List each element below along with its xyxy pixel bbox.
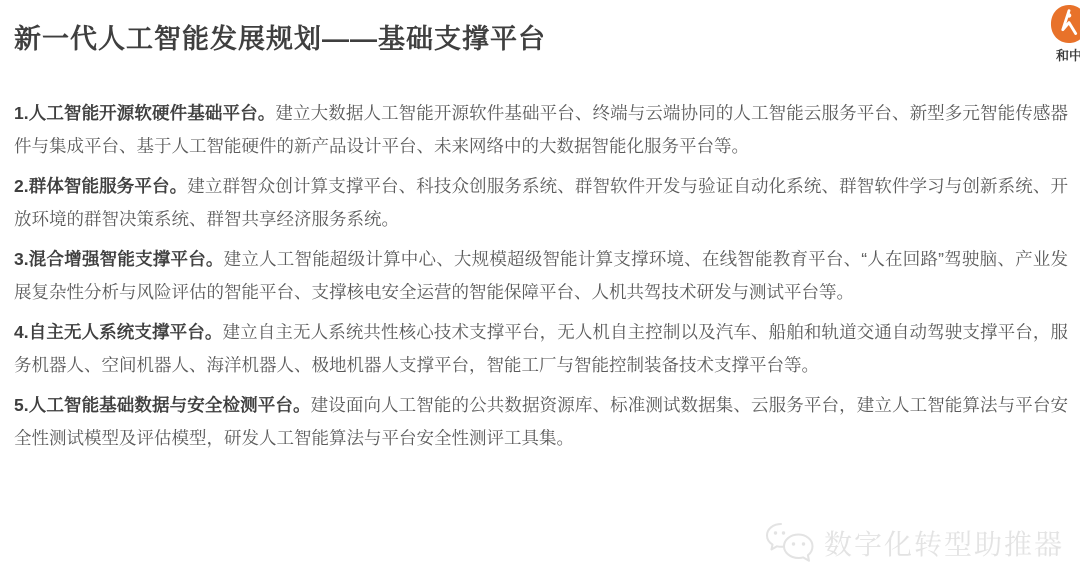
company-logo-icon [1050,4,1080,44]
section-2: 2.群体智能服务平台。建立群智众创计算支撑平台、科技众创服务系统、群智软件开发与… [14,170,1068,235]
section-5: 5.人工智能基础数据与安全检测平台。建设面向人工智能的公共数据资源库、标准测试数… [14,389,1068,454]
section-5-heading: 5.人工智能基础数据与安全检测平台。 [14,395,311,415]
section-1: 1.人工智能开源软硬件基础平台。建立大数据人工智能开源软件基础平台、终端与云端协… [14,97,1068,162]
section-3: 3.混合增强智能支撑平台。建立人工智能超级计算中心、大规模超级智能计算支撑环境、… [14,243,1068,308]
slide-background: 新一代人工智能发展规划——基础支撑平台 和中 1.人工智能开源软硬件基础平台。建… [0,0,1080,585]
page-title: 新一代人工智能发展规划——基础支撑平台 [14,17,546,56]
content-area: 1.人工智能开源软硬件基础平台。建立大数据人工智能开源软件基础平台、终端与云端协… [14,97,1068,462]
section-2-heading: 2.群体智能服务平台。 [14,176,187,196]
company-logo: 和中 [1038,4,1080,63]
section-4: 4.自主无人系统支撑平台。建立自主无人系统共性核心技术支撑平台，无人机自主控制以… [14,316,1068,381]
watermark-text: 数字化转型助推器 [824,523,1064,563]
watermark: 数字化转型助推器 [764,521,1064,565]
section-1-heading: 1.人工智能开源软硬件基础平台。 [14,103,275,123]
company-logo-text: 和中 [1038,49,1080,63]
section-4-heading: 4.自主无人系统支撑平台。 [14,322,223,342]
wechat-icon [764,521,820,565]
section-3-heading: 3.混合增强智能支撑平台。 [14,249,224,269]
